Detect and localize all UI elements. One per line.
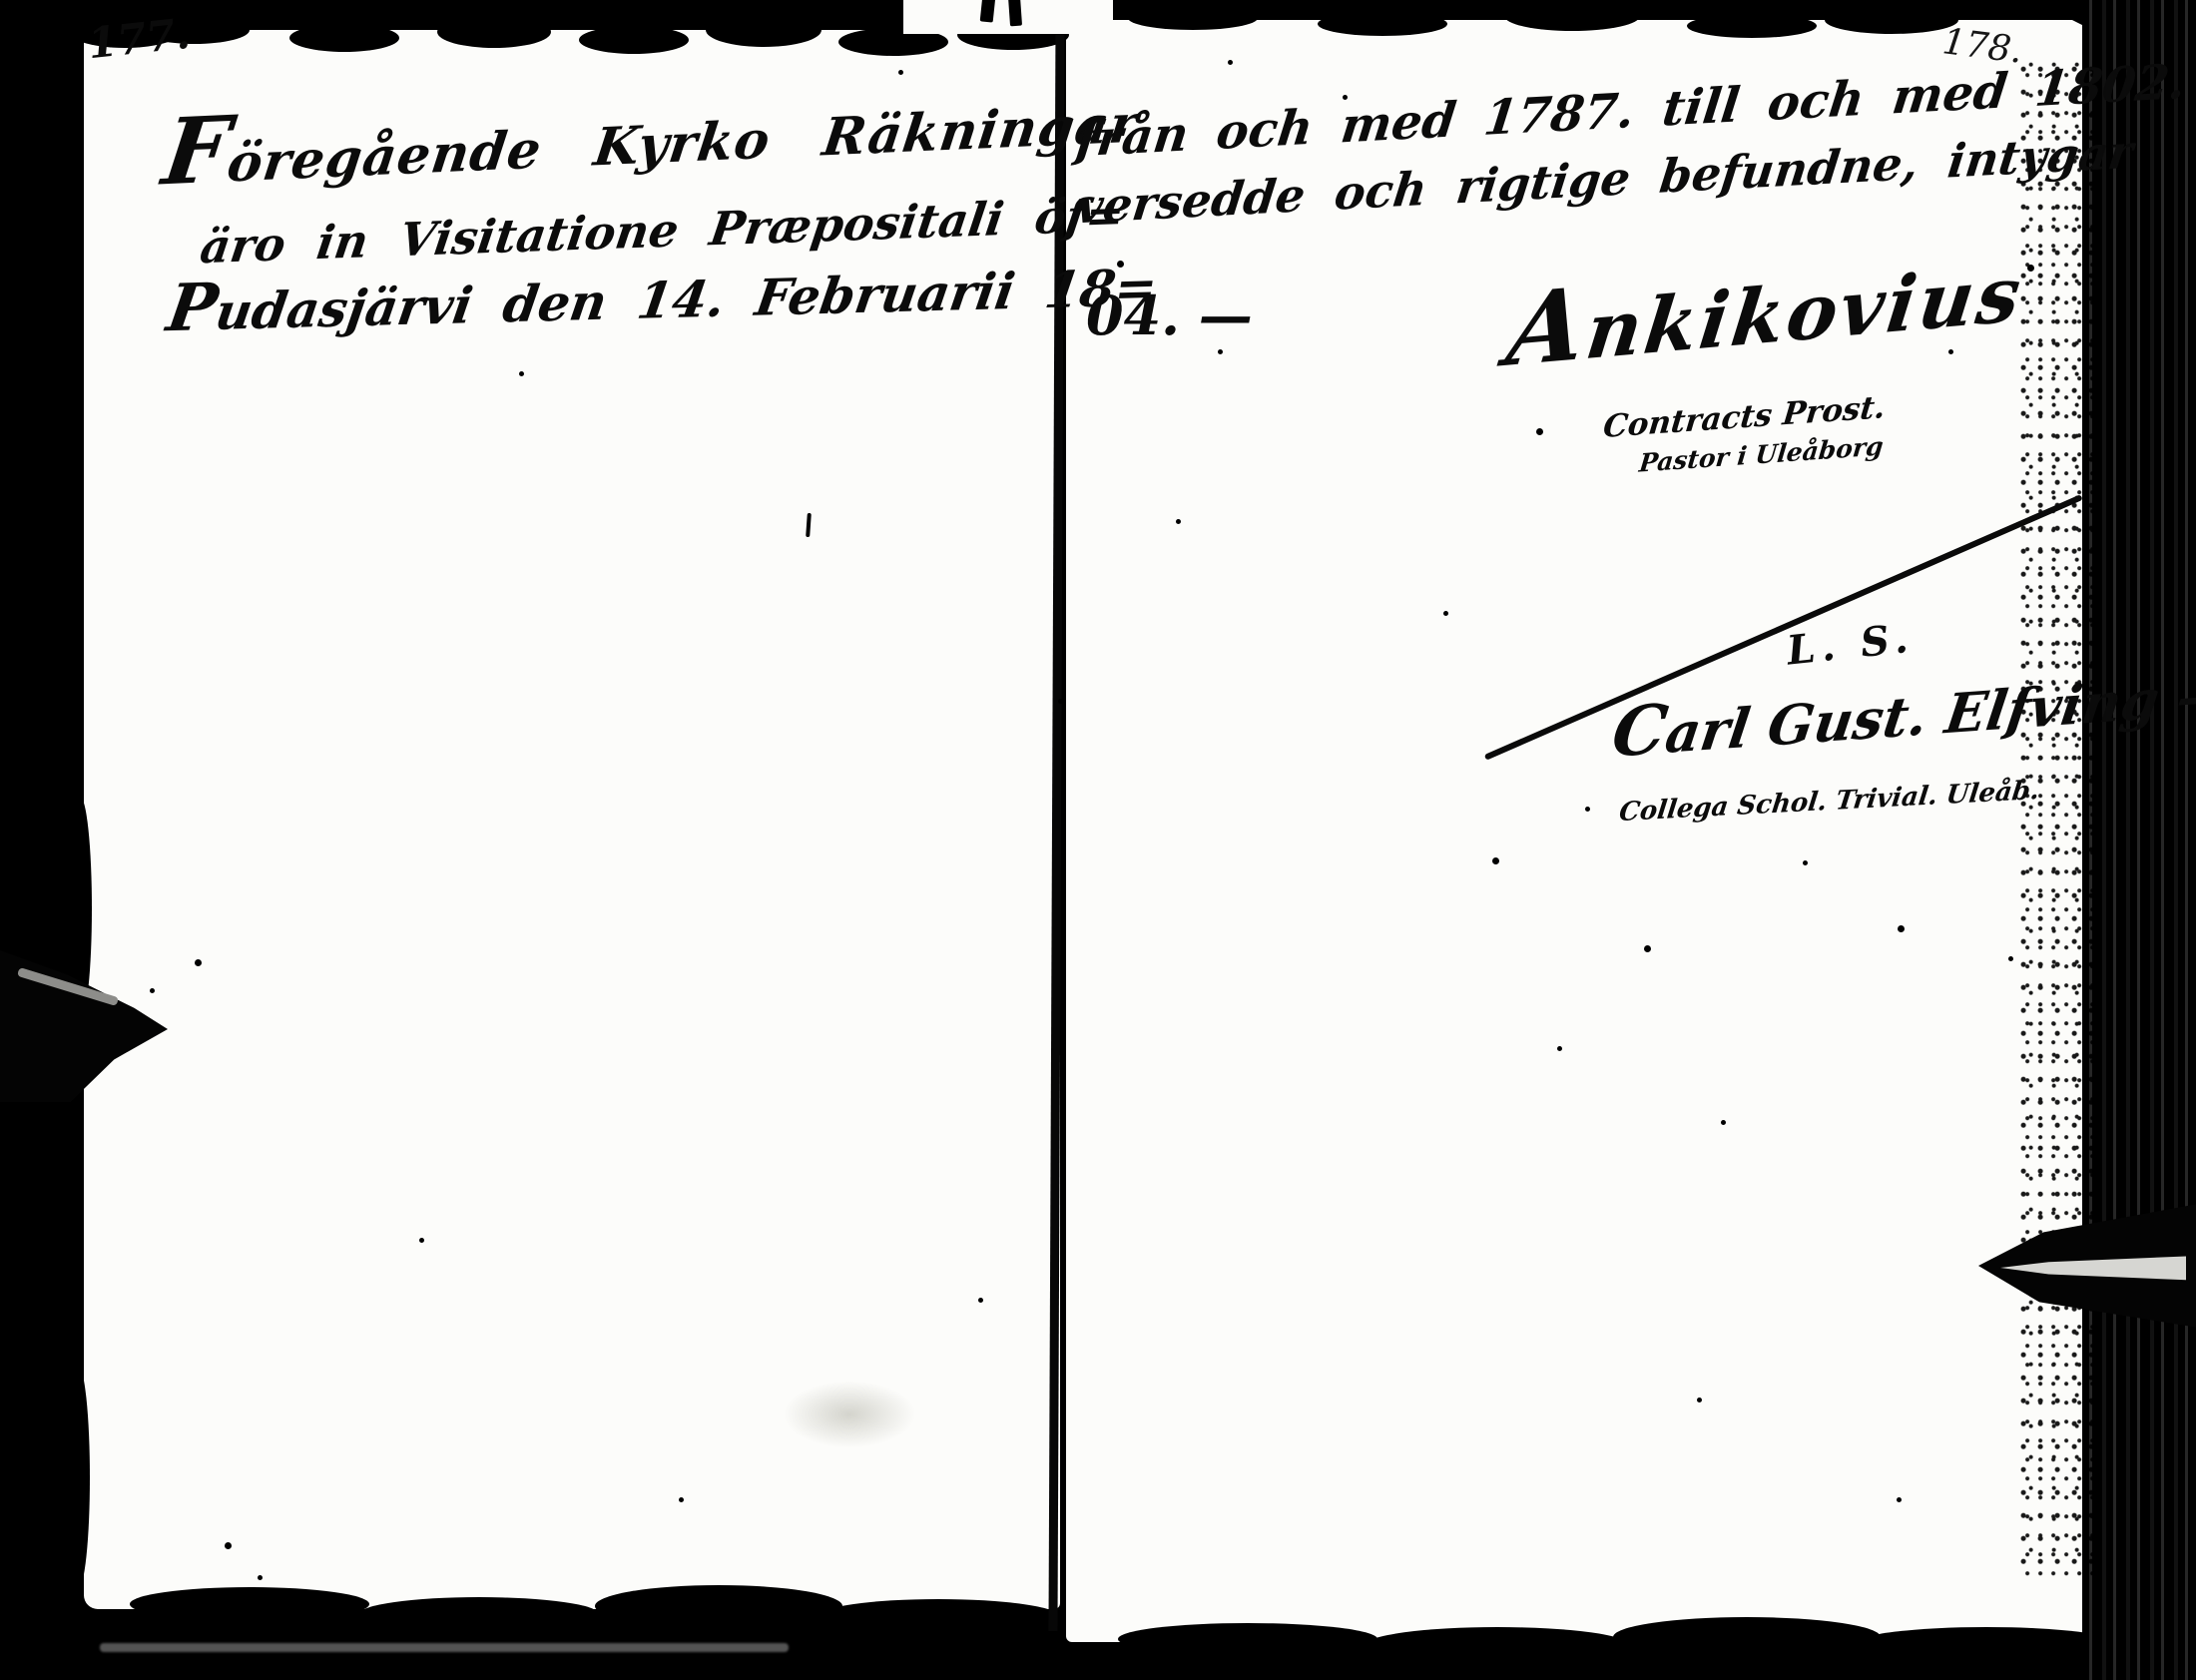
bottom-gray-streak <box>100 1643 789 1652</box>
ragged-edge-bottom-right <box>1118 1623 1377 1655</box>
binding-stitch-icon <box>1008 0 1022 26</box>
binding-stitch-icon <box>980 0 996 23</box>
ink-specks <box>0 0 5 5</box>
book-edge-texture <box>2082 0 2196 1680</box>
ragged-edge-left <box>64 240 84 459</box>
ragged-edge-bottom-left <box>130 1587 369 1621</box>
gray-smudge <box>785 1382 914 1447</box>
binding-notch <box>903 0 1113 34</box>
edge-speckle-texture <box>2018 60 2096 1577</box>
scanned-book-spread: 177. 178. Föregående Kyrko Räkningar äro… <box>0 0 2196 1680</box>
ragged-edge-top-right <box>1128 6 1258 30</box>
right-handwriting-line-3: 04. — <box>1086 283 1253 347</box>
